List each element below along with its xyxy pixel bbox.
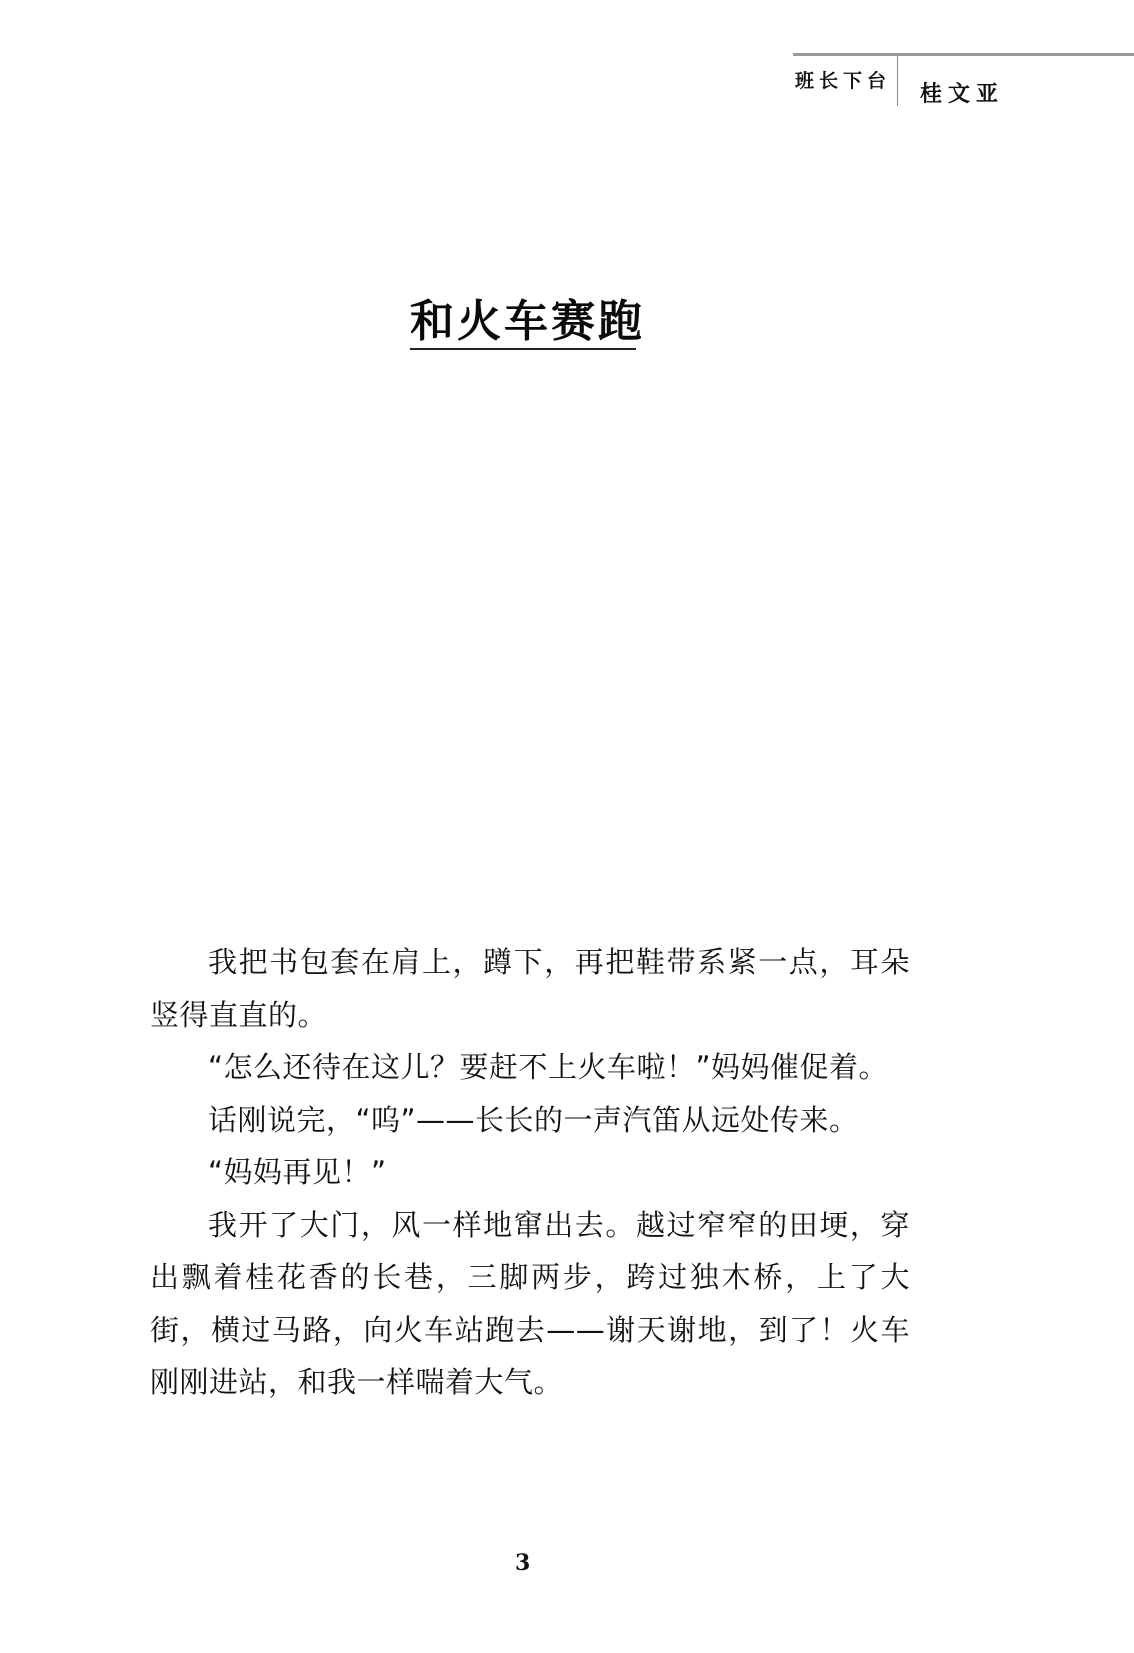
page-number: 3 (515, 1550, 530, 1576)
body-text: 我把书包套在肩上，蹲下，再把鞋带系紧一点，耳朵竖得直直的。 “怎么还待在这儿？要… (150, 936, 910, 1409)
paragraph: “妈妈再见！” (150, 1146, 910, 1199)
book-page: 班长下台 桂文亚 和火车赛跑 我把书包套在肩上，蹲下，再把鞋带系紧一点，耳朵竖得… (0, 0, 1134, 1653)
chapter-title: 和火车赛跑 (410, 296, 645, 348)
running-header-book-title: 班长下台 (795, 66, 891, 93)
paragraph: “怎么还待在这儿？要赶不上火车啦！”妈妈催促着。 (150, 1041, 910, 1094)
paragraph: 我把书包套在肩上，蹲下，再把鞋带系紧一点，耳朵竖得直直的。 (150, 936, 910, 1041)
paragraph: 话刚说完，“呜”——长长的一声汽笛从远处传来。 (150, 1094, 910, 1147)
header-rule (793, 53, 1134, 56)
header-divider (897, 56, 898, 106)
title-underline (410, 348, 636, 350)
paragraph: 我开了大门，风一样地窜出去。越过窄窄的田埂，穿出飘着桂花香的长巷，三脚两步，跨过… (150, 1199, 910, 1409)
running-header-author: 桂文亚 (920, 77, 1004, 108)
